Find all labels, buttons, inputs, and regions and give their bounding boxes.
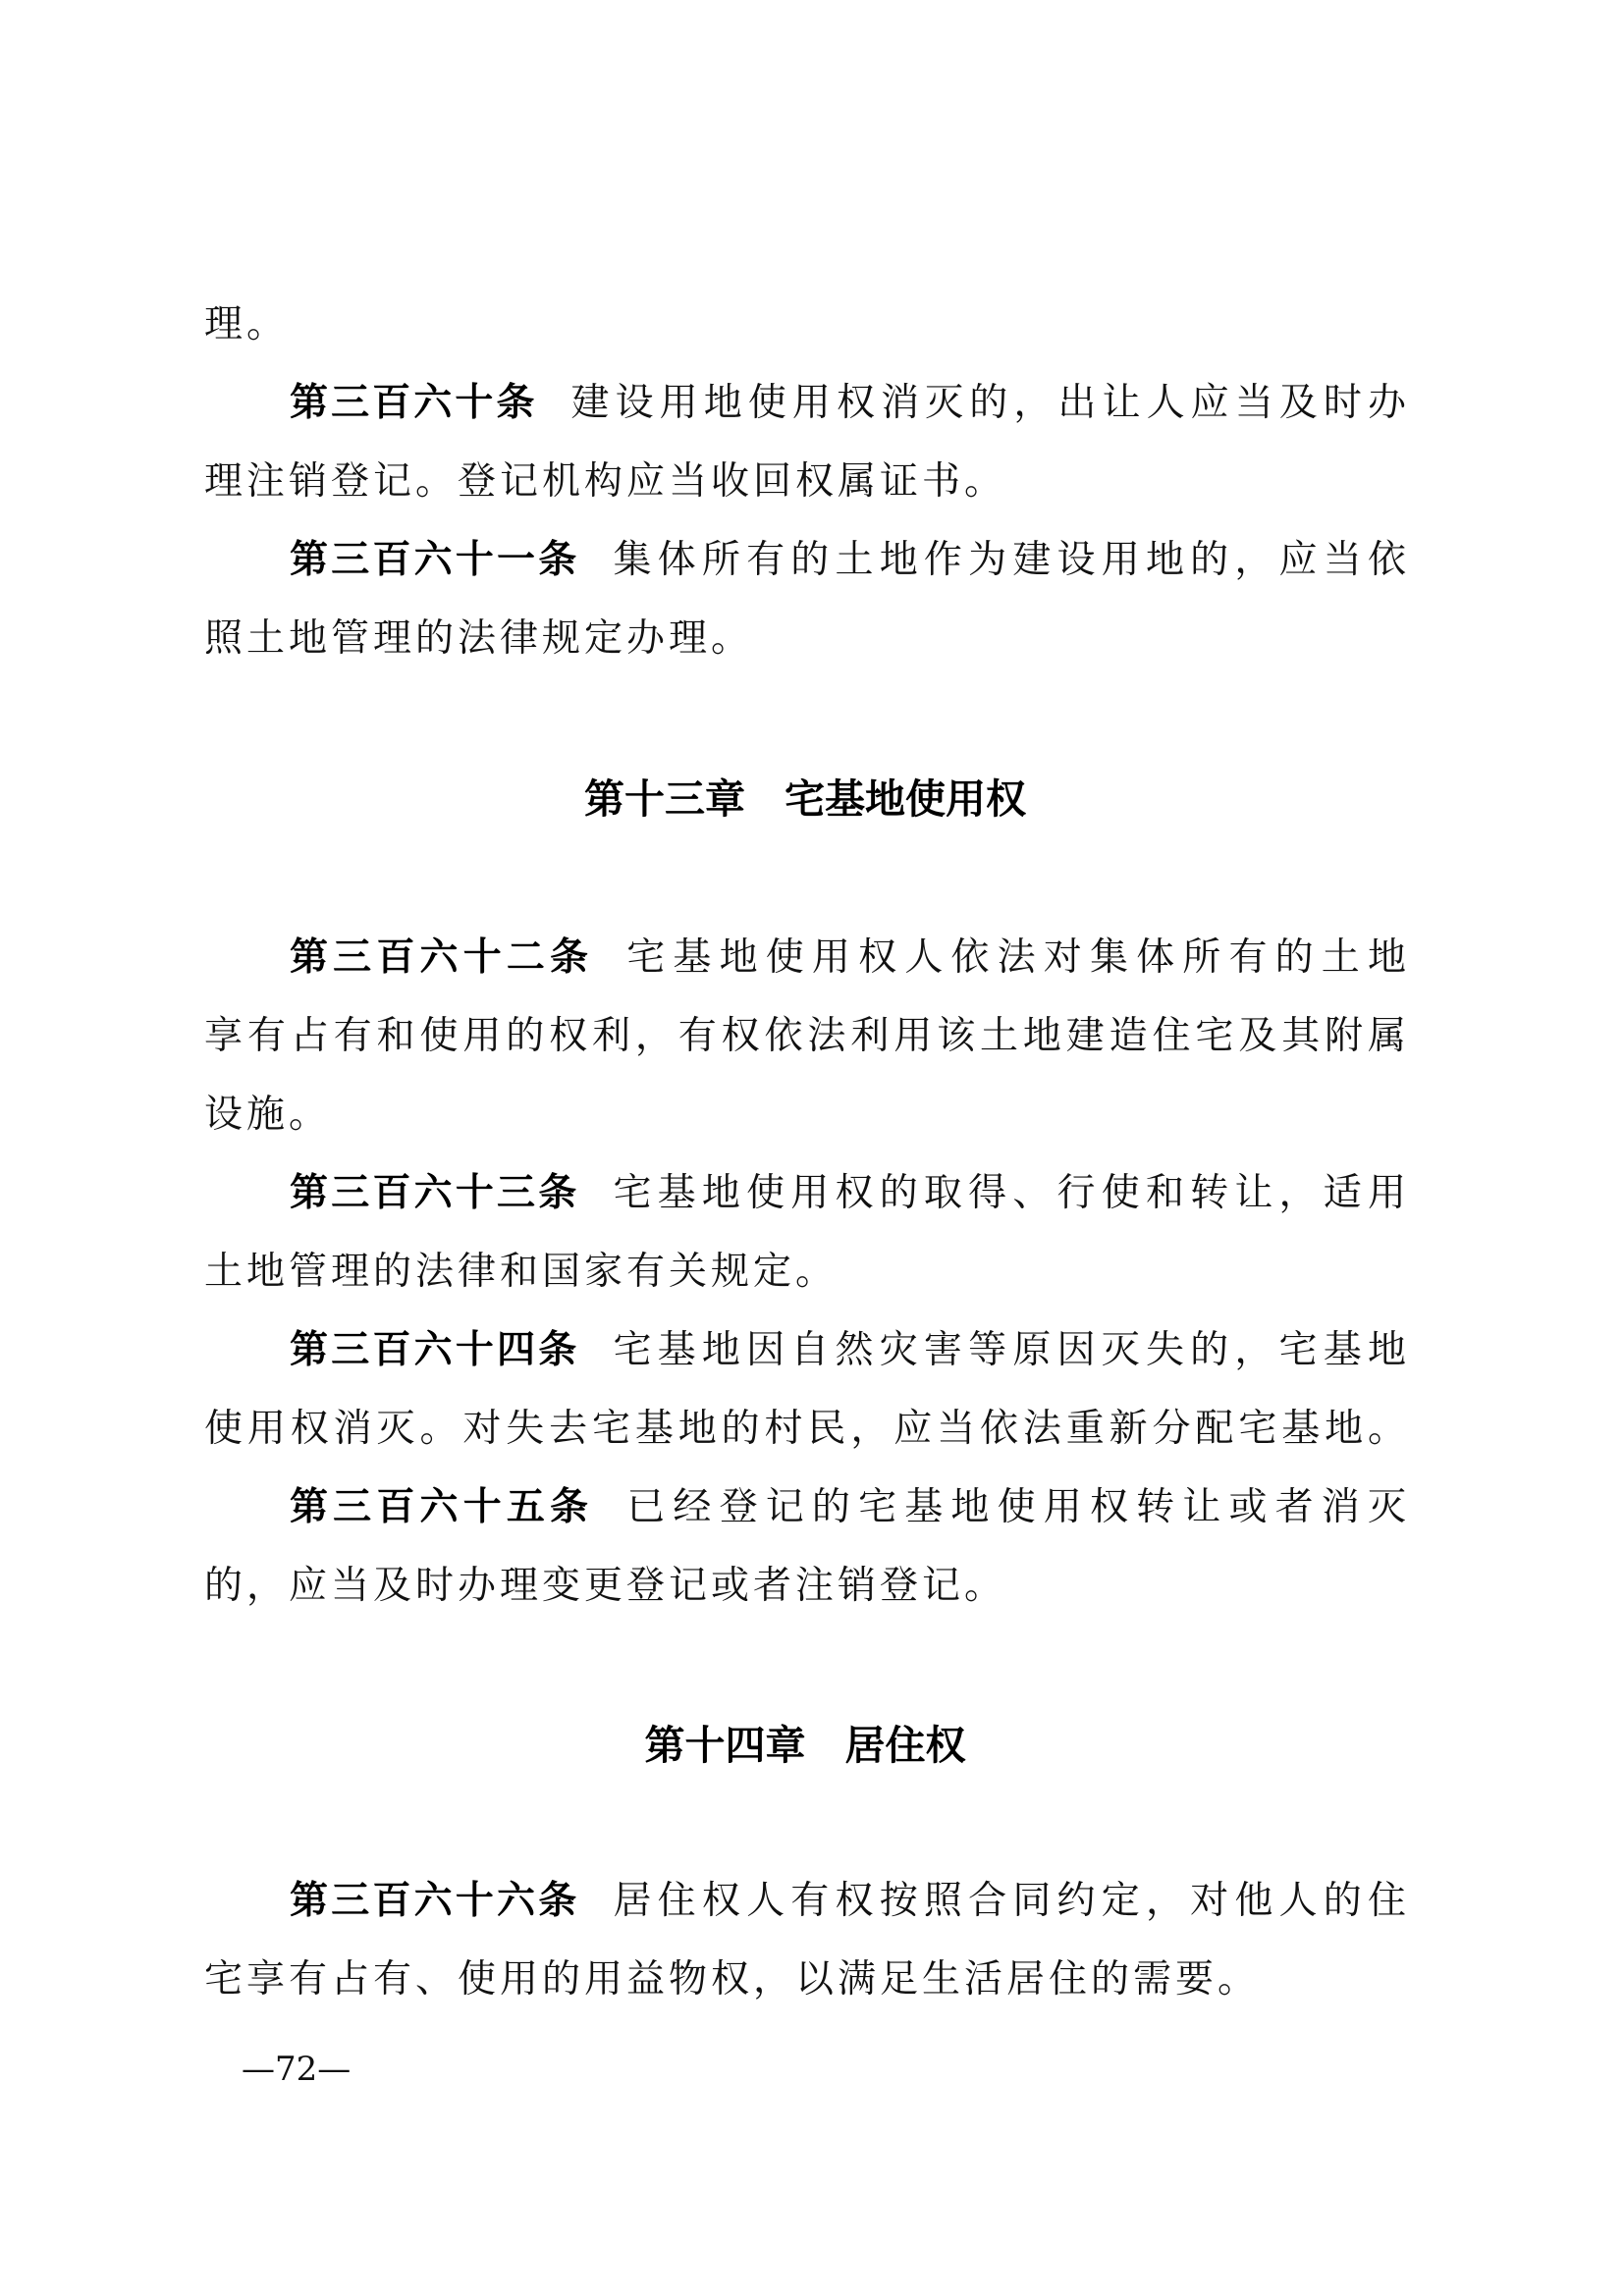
article-361-continuation: 照土地管理的法律规定办理。 [204,600,1410,678]
article-text: 享有占有和使用的权利，有权依法利用该土地建造住宅及其附属 [204,1014,1410,1058]
article-362-line-2: 享有占有和使用的权利，有权依法利用该土地建造住宅及其附属 [204,997,1410,1076]
article-text: 理注销登记。登记机构应当收回权属证书。 [204,459,1006,504]
chapter-number: 第十四章 [645,1722,806,1769]
chapter-title: 宅基地使用权 [785,775,1026,823]
article-361: 第三百六十一条集体所有的土地作为建设用地的，应当依 [290,521,1410,600]
article-363-line-2: 土地管理的法律和国家有关规定。 [204,1233,1410,1311]
article-364: 第三百六十四条宅基地因自然灾害等原因灭失的，宅基地 [290,1311,1410,1390]
article-text: 宅享有占有、使用的用益物权，以满足生活居住的需要。 [204,1957,1260,2002]
article-text: 照土地管理的法律规定办理。 [204,616,753,661]
article-text: 宅基地使用权人依法对集体所有的土地 [626,935,1410,980]
article-text: 设施。 [204,1093,331,1137]
article-text: 建设用地使用权消灭的，出让人应当及时办 [571,381,1410,425]
page-number: —72— [242,2050,351,2089]
article-text: 宅基地因自然灾害等原因灭失的，宅基地 [613,1328,1410,1372]
chapter-number: 第十三章 [584,775,745,823]
article-362-line-3: 设施。 [204,1076,1410,1154]
article-text: 土地管理的法律和国家有关规定。 [204,1250,838,1294]
paragraph-text: 理。 [204,302,289,347]
document-page: 理。 第三百六十条建设用地使用权消灭的，出让人应当及时办 理注销登记。登记机构应… [0,0,1624,2296]
article-366: 第三百六十六条居住权人有权按照合同约定，对他人的住 [290,1862,1410,1941]
article-366-line-2: 宅享有占有、使用的用益物权，以满足生活居住的需要。 [204,1941,1410,2019]
article-360: 第三百六十条建设用地使用权消灭的，出让人应当及时办 [290,364,1410,443]
article-text: 居住权人有权按照合同约定，对他人的住 [613,1879,1410,1923]
article-text: 的，应当及时办理变更登记或者注销登记。 [204,1564,1006,1608]
chapter-title: 居住权 [845,1722,966,1769]
article-number: 第三百六十三条 [290,1171,579,1215]
article-number: 第三百六十二条 [290,935,593,980]
article-text: 集体所有的土地作为建设用地的，应当依 [613,538,1410,582]
article-text: 宅基地使用权的取得、行使和转让，适用 [613,1171,1410,1215]
article-text: 使用权消灭。对失去宅基地的村民，应当依法重新分配宅基地。 [204,1407,1410,1451]
article-number: 第三百六十五条 [290,1485,593,1529]
chapter-14-heading: 第十四章居住权 [0,1706,1610,1785]
article-number: 第三百六十一条 [290,538,579,582]
article-number: 第三百六十四条 [290,1328,579,1372]
article-363: 第三百六十三条宅基地使用权的取得、行使和转让，适用 [290,1154,1410,1233]
article-360-continuation: 理注销登记。登记机构应当收回权属证书。 [204,443,1410,521]
article-number: 第三百六十条 [290,381,538,425]
article-364-line-2: 使用权消灭。对失去宅基地的村民，应当依法重新分配宅基地。 [204,1390,1410,1468]
article-365: 第三百六十五条已经登记的宅基地使用权转让或者消灭 [290,1468,1410,1547]
chapter-13-heading: 第十三章宅基地使用权 [0,760,1610,838]
article-365-line-2: 的，应当及时办理变更登记或者注销登记。 [204,1547,1410,1626]
article-number: 第三百六十六条 [290,1879,579,1923]
article-text: 已经登记的宅基地使用权转让或者消灭 [626,1485,1410,1529]
continuation-line: 理。 [204,286,1410,364]
article-362: 第三百六十二条宅基地使用权人依法对集体所有的土地 [290,919,1410,997]
